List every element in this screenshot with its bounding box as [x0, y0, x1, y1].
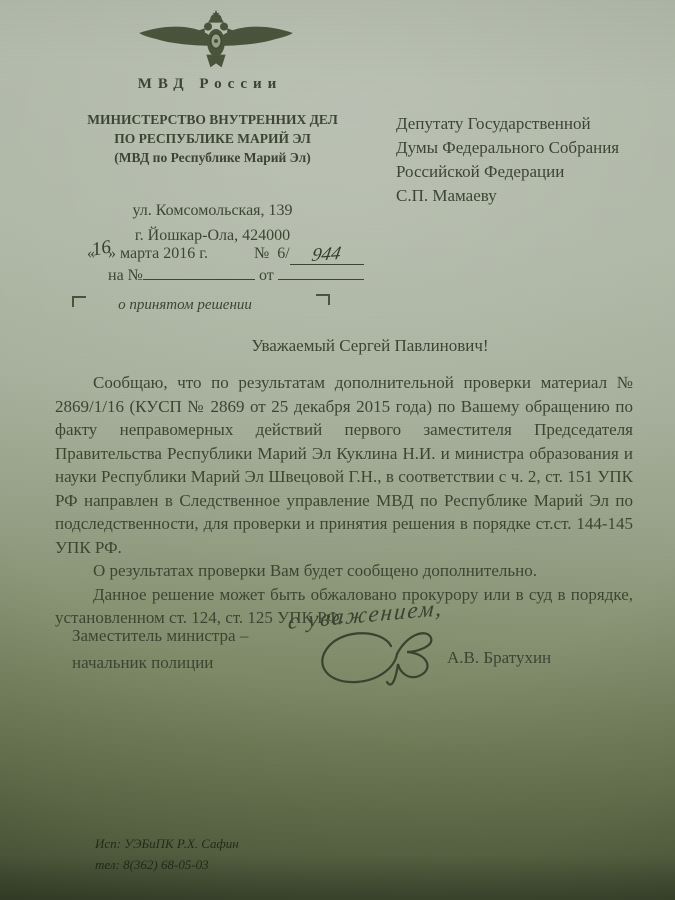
recipient-line2: Думы Федерального Собрания [396, 136, 646, 160]
date-text: марта 2016 г. [116, 245, 208, 262]
executor-line: Исп: УЭБиПК Р.Х. Сафин [95, 833, 239, 854]
executor-block: Исп: УЭБиПК Р.Х. Сафин тел: 8(362) 68-05… [95, 833, 239, 875]
signer-post-line2: начальник полиции [72, 649, 248, 676]
recipient-line3: Российской Федерации [396, 160, 646, 184]
ministry-name-line2: ПО РЕСПУБЛИКЕ МАРИЙ ЭЛ [55, 129, 370, 148]
phone-line: тел: 8(362) 68-05-03 [95, 854, 239, 875]
ministry-name-line1: МИНИСТЕРСТВО ВНУТРЕННИХ ДЕЛ [55, 110, 370, 129]
address-line1: ул. Комсомольская, 139 [55, 198, 370, 223]
letter-body: Сообщаю, что по результатам дополнительн… [55, 371, 633, 630]
recipient-line1: Депутату Государственной [396, 112, 646, 136]
letter-content: МВД России МИНИСТЕРСТВО ВНУТРЕННИХ ДЕЛ П… [0, 0, 675, 900]
handwritten-day: 16 [90, 237, 113, 262]
body-paragraph-1: Сообщаю, что по результатам дополнительн… [55, 371, 633, 559]
sender-block: МИНИСТЕРСТВО ВНУТРЕННИХ ДЕЛ ПО РЕСПУБЛИК… [55, 110, 370, 167]
recipient-block: Депутату Государственной Думы Федерально… [396, 112, 646, 208]
signer-post-block: Заместитель министра – начальник полиции [72, 622, 248, 676]
mvd-eagle-emblem [136, 8, 296, 74]
salutation: Уважаемый Сергей Павлинович! [90, 336, 650, 356]
date-and-number-row: «16» марта 2016 г.№ 6/944 [87, 242, 517, 265]
org-label: МВД России [95, 76, 325, 93]
signer-post-line1: Заместитель министра – [72, 622, 248, 649]
body-paragraph-2: О результатах проверки Вам будет сообщен… [55, 559, 633, 583]
na-label: на № [108, 267, 143, 284]
recipient-line4: С.П. Мамаеву [396, 184, 646, 208]
number-line: 944 [290, 242, 364, 265]
ot-label: от [259, 267, 274, 284]
subject-line: о принятом решении [85, 297, 285, 314]
corner-bracket-right [316, 294, 330, 305]
ot-blank-line [278, 264, 364, 280]
ministry-name-line3: (МВД по Республике Марий Эл) [55, 148, 370, 167]
signer-name: А.В. Братухин [447, 648, 551, 668]
corner-bracket-left [72, 296, 86, 307]
na-blank-line [143, 264, 255, 280]
eagle-icon [136, 8, 296, 74]
number-prefix: 6/ [277, 245, 289, 262]
number-label: № [254, 245, 269, 262]
reference-na-ot-row: на № от [108, 264, 364, 285]
document-photo: МВД России МИНИСТЕРСТВО ВНУТРЕННИХ ДЕЛ П… [0, 0, 675, 900]
